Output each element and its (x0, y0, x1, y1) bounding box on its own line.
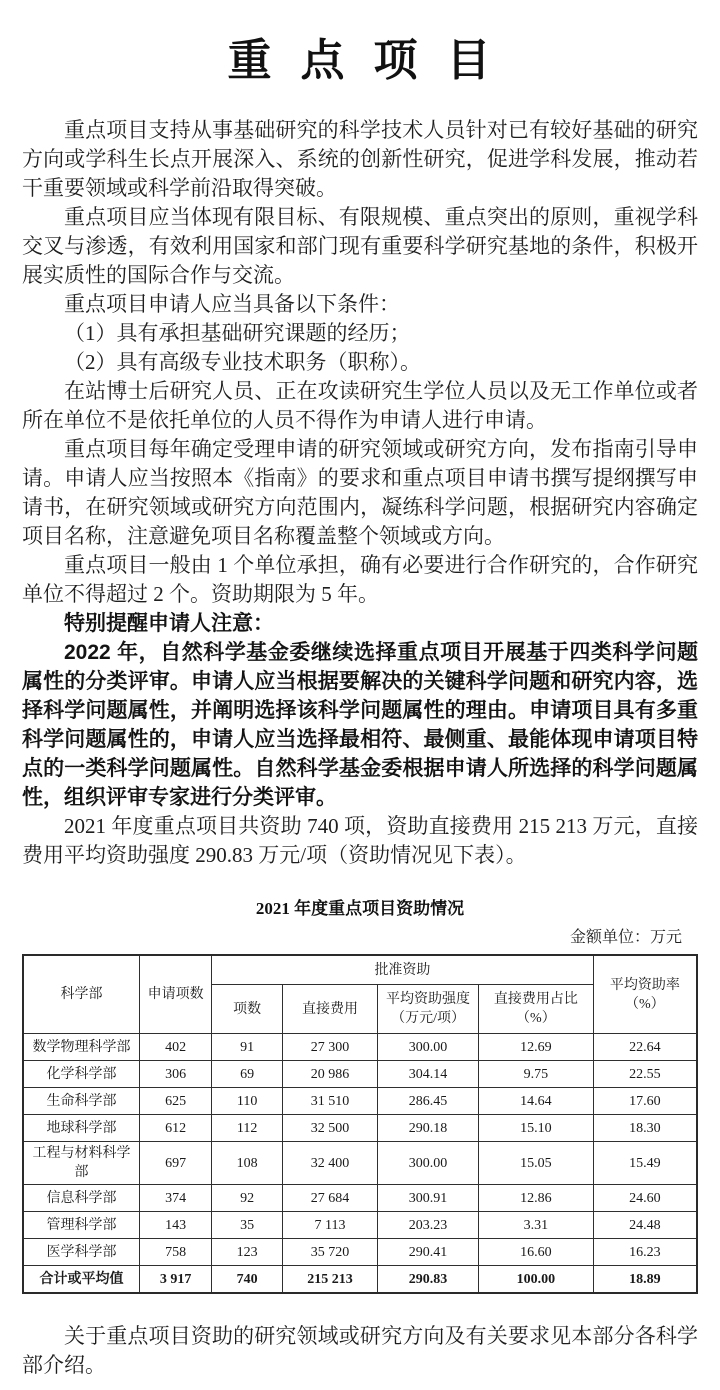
funding-table-section: 2021 年度重点项目资助情况 金额单位：万元 科学部 申请项数 批准资助 平均… (22, 898, 698, 1294)
table-body: 数学物理科学部4029127 300300.0012.6922.64化学科学部3… (23, 1034, 697, 1294)
table-cell-projects: 91 (212, 1034, 283, 1061)
paragraph-2022-notice: 2022 年，自然科学基金委继续选择重点项目开展基于四类科学问题属性的分类评审。… (22, 638, 698, 812)
col-header-avg-intensity: 平均资助强度 （万元/项） (378, 985, 479, 1034)
table-cell-projects: 108 (212, 1142, 283, 1185)
table-cell-applications: 697 (140, 1142, 212, 1185)
paragraph-conditions-lead: 重点项目申请人应当具备以下条件： (22, 290, 698, 319)
table-cell-department: 地球科学部 (23, 1115, 140, 1142)
table-cell-avg-intensity: 290.18 (378, 1115, 479, 1142)
table-cell-cost-share: 14.64 (479, 1088, 594, 1115)
table-cell-direct-cost: 20 986 (282, 1061, 377, 1088)
col-header-cost-share: 直接费用占比（%） (479, 985, 594, 1034)
table-row: 地球科学部61211232 500290.1815.1018.30 (23, 1115, 697, 1142)
table-cell-cost-share: 12.86 (479, 1185, 594, 1212)
table-row: 化学科学部3066920 986304.149.7522.55 (23, 1061, 697, 1088)
table-cell-direct-cost: 7 113 (282, 1212, 377, 1239)
table-cell-applications: 143 (140, 1212, 212, 1239)
table-cell-direct-cost: 215 213 (282, 1266, 377, 1294)
table-row: 数学物理科学部4029127 300300.0012.6922.64 (23, 1034, 697, 1061)
table-cell-department: 医学科学部 (23, 1239, 140, 1266)
table-cell-cost-share: 9.75 (479, 1061, 594, 1088)
table-cell-cost-share: 100.00 (479, 1266, 594, 1294)
header-line: （万元/项） (391, 1011, 465, 1026)
table-cell-applications: 625 (140, 1088, 212, 1115)
table-cell-cost-share: 3.31 (479, 1212, 594, 1239)
table-row: 医学科学部75812335 720290.4116.6016.23 (23, 1239, 697, 1266)
table-cell-cost-share: 15.10 (479, 1115, 594, 1142)
page-title: 重 点 项 目 (22, 36, 698, 86)
table-cell-avg-rate: 17.60 (593, 1088, 697, 1115)
table-cell-department: 信息科学部 (23, 1185, 140, 1212)
paragraph-special-notice-heading: 特别提醒申请人注意： (22, 609, 698, 638)
col-header-projects: 项数 (212, 985, 283, 1034)
table-cell-avg-rate: 18.30 (593, 1115, 697, 1142)
paragraph-principles: 重点项目应当体现有限目标、有限规模、重点突出的原则，重视学科交叉与渗透，有效利用… (22, 203, 698, 290)
header-line: 平均资助强度 (386, 992, 470, 1007)
paragraph-intro: 重点项目支持从事基础研究的科学技术人员针对已有较好基础的研究方向或学科生长点开展… (22, 116, 698, 203)
col-header-approved-group: 批准资助 (212, 955, 593, 985)
table-cell-department: 管理科学部 (23, 1212, 140, 1239)
table-cell-department: 生命科学部 (23, 1088, 140, 1115)
table-row: 管理科学部143357 113203.233.3124.48 (23, 1212, 697, 1239)
header-line: （%） (625, 997, 665, 1012)
table-cell-projects: 123 (212, 1239, 283, 1266)
table-cell-avg-intensity: 300.91 (378, 1185, 479, 1212)
paragraph-application-guide: 重点项目每年确定受理申请的研究领域或研究方向，发布指南引导申请。申请人应当按照本… (22, 435, 698, 551)
table-cell-avg-rate: 24.48 (593, 1212, 697, 1239)
table-cell-projects: 112 (212, 1115, 283, 1142)
document-page: 重 点 项 目 重点项目支持从事基础研究的科学技术人员针对已有较好基础的研究方向… (0, 0, 720, 1390)
table-cell-avg-rate: 22.64 (593, 1034, 697, 1061)
funding-table: 科学部 申请项数 批准资助 平均资助率 （%） 项数 直接费用 平均资助强度 （… (22, 954, 698, 1294)
table-row: 信息科学部3749227 684300.9112.8624.60 (23, 1185, 697, 1212)
table-cell-cost-share: 16.60 (479, 1239, 594, 1266)
table-cell-department: 合计或平均值 (23, 1266, 140, 1294)
table-cell-projects: 92 (212, 1185, 283, 1212)
table-cell-direct-cost: 32 500 (282, 1115, 377, 1142)
table-cell-department: 化学科学部 (23, 1061, 140, 1088)
table-cell-applications: 402 (140, 1034, 212, 1061)
table-cell-avg-rate: 15.49 (593, 1142, 697, 1185)
table-cell-direct-cost: 27 684 (282, 1185, 377, 1212)
table-header-row-1: 科学部 申请项数 批准资助 平均资助率 （%） (23, 955, 697, 985)
table-cell-applications: 3 917 (140, 1266, 212, 1294)
table-cell-avg-intensity: 304.14 (378, 1061, 479, 1088)
table-cell-avg-intensity: 290.83 (378, 1266, 479, 1294)
table-cell-projects: 110 (212, 1088, 283, 1115)
table-cell-department: 数学物理科学部 (23, 1034, 140, 1061)
table-unit-note: 金额单位：万元 (22, 928, 698, 948)
col-header-department: 科学部 (23, 955, 140, 1034)
condition-item-2: （2）具有高级专业技术职务（职称）。 (22, 348, 698, 377)
table-cell-direct-cost: 35 720 (282, 1239, 377, 1266)
table-cell-applications: 374 (140, 1185, 212, 1212)
col-header-direct-cost: 直接费用 (282, 985, 377, 1034)
table-cell-avg-intensity: 203.23 (378, 1212, 479, 1239)
header-line: 平均资助率 (610, 978, 680, 993)
table-cell-department: 工程与材料科学部 (23, 1142, 140, 1185)
paragraph-units-duration: 重点项目一般由 1 个单位承担，确有必要进行合作研究的，合作研究单位不得超过 2… (22, 551, 698, 609)
table-cell-projects: 740 (212, 1266, 283, 1294)
table-cell-avg-rate: 24.60 (593, 1185, 697, 1212)
table-cell-direct-cost: 31 510 (282, 1088, 377, 1115)
table-total-row: 合计或平均值3 917740215 213290.83100.0018.89 (23, 1266, 697, 1294)
table-cell-avg-intensity: 286.45 (378, 1088, 479, 1115)
table-cell-cost-share: 15.05 (479, 1142, 594, 1185)
table-cell-applications: 612 (140, 1115, 212, 1142)
condition-item-1: （1）具有承担基础研究课题的经历； (22, 319, 698, 348)
table-cell-avg-rate: 18.89 (593, 1266, 697, 1294)
table-row: 生命科学部62511031 510286.4514.6417.60 (23, 1088, 697, 1115)
table-cell-direct-cost: 27 300 (282, 1034, 377, 1061)
table-cell-avg-rate: 16.23 (593, 1239, 697, 1266)
paragraph-restrictions: 在站博士后研究人员、正在攻读研究生学位人员以及无工作单位或者所在单位不是依托单位… (22, 377, 698, 435)
table-cell-avg-intensity: 300.00 (378, 1142, 479, 1185)
col-header-avg-rate: 平均资助率 （%） (593, 955, 697, 1034)
table-cell-avg-intensity: 300.00 (378, 1034, 479, 1061)
table-cell-projects: 35 (212, 1212, 283, 1239)
table-cell-projects: 69 (212, 1061, 283, 1088)
table-row: 工程与材料科学部69710832 400300.0015.0515.49 (23, 1142, 697, 1185)
table-title: 2021 年度重点项目资助情况 (22, 898, 698, 920)
col-header-applications: 申请项数 (140, 955, 212, 1034)
body-text: 重点项目支持从事基础研究的科学技术人员针对已有较好基础的研究方向或学科生长点开展… (22, 116, 698, 870)
table-cell-applications: 758 (140, 1239, 212, 1266)
table-header: 科学部 申请项数 批准资助 平均资助率 （%） 项数 直接费用 平均资助强度 （… (23, 955, 697, 1034)
table-cell-avg-rate: 22.55 (593, 1061, 697, 1088)
table-cell-direct-cost: 32 400 (282, 1142, 377, 1185)
closing-paragraph: 关于重点项目资助的研究领域或研究方向及有关要求见本部分各科学部介绍。 (22, 1322, 698, 1380)
table-cell-avg-intensity: 290.41 (378, 1239, 479, 1266)
table-cell-cost-share: 12.69 (479, 1034, 594, 1061)
table-cell-applications: 306 (140, 1061, 212, 1088)
paragraph-2021-summary: 2021 年度重点项目共资助 740 项，资助直接费用 215 213 万元，直… (22, 812, 698, 870)
